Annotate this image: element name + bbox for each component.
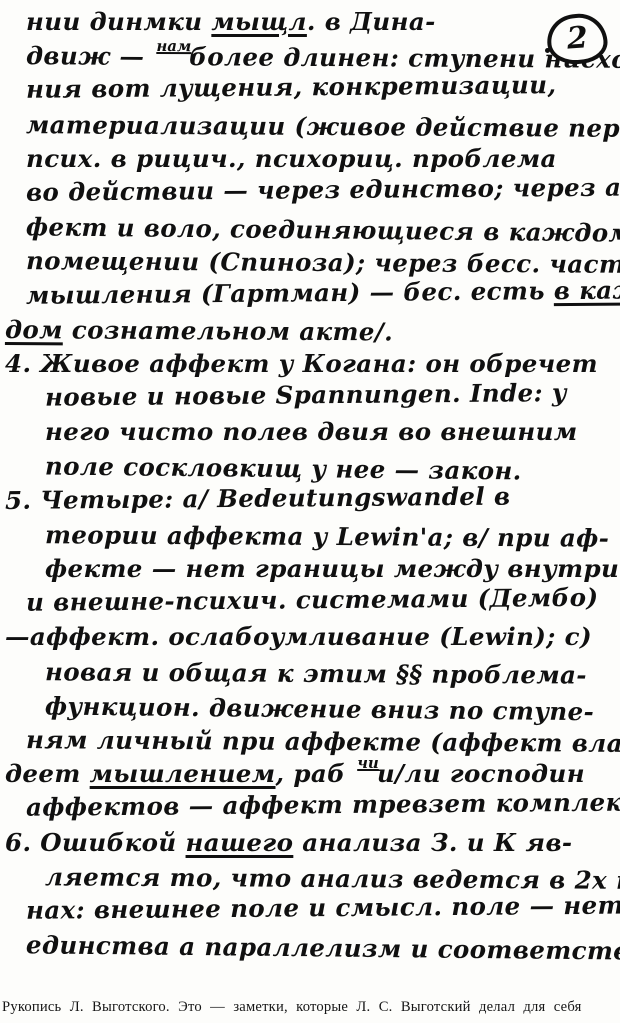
handwriting-text: движ — — [26, 41, 153, 71]
handwriting-text: деет — [5, 759, 90, 788]
handwriting-line: материализации (живое действие переход — [0, 108, 620, 146]
handwriting-line: аффектов — аффект тревзет комплекса?). — [0, 786, 620, 826]
handwriting-text: —аффект. ослабоумливание (Lewin); с) — [5, 622, 592, 651]
handwriting-text: новая и общая к этим §§ проблема- — [45, 657, 587, 689]
handwriting-text: 6. Ошибкой — [5, 828, 186, 857]
handwriting-text: нашего — [186, 828, 294, 857]
handwriting-text: мышления (Гартман) — бес. есть — [26, 276, 554, 310]
handwriting-line: новые и новые Spannungen. Inde: у — [0, 376, 620, 416]
handwriting-text: новые и новые Spannungen. Inde: у — [45, 378, 567, 412]
handwriting-text: во действии — через единство; через аф- — [26, 172, 620, 206]
handwriting-text: материализации (живое действие переход — [26, 110, 620, 143]
handwriting-text: анализа З. и К яв- — [293, 828, 572, 857]
handwriting-text: псих. в рицич., психориц. проблема — [26, 144, 557, 173]
handwriting-line: 5. Четыре: а/ Bedeutungswandel в — [0, 478, 620, 518]
caption: Рукопись Л. Выготского. Это — заметки, к… — [2, 999, 620, 1016]
handwriting-line: ния вот лущения, конкретизации, — [0, 68, 620, 108]
handwriting-text: , раб — [276, 759, 355, 788]
inserted-word: нам — [156, 29, 191, 63]
handwriting-line: нах: внешнее поле и смысл. поле — нет — [0, 888, 620, 928]
handwriting-text: фекте — нет границы между внутрипсихич. — [45, 554, 620, 583]
manuscript-body: нии динмки мыщл. в Дина-движ — намболее … — [0, 5, 620, 962]
handwriting-text: и внешне-психич. системами (Дембо) — [26, 583, 599, 617]
handwriting-text: ням личный при аффекте (аффект вла- — [26, 725, 620, 758]
handwriting-text: в каж- — [554, 275, 620, 305]
handwriting-text: . в Дина- — [307, 7, 436, 36]
handwriting-line: него чисто полев двия во внешним — [0, 415, 620, 449]
handwriting-text: сознательном акте/. — [63, 315, 393, 346]
handwriting-text: дом — [5, 315, 63, 344]
handwriting-text: нах: внешнее поле и смысл. поле — нет — [26, 890, 620, 924]
handwriting-line: —аффект. ослабоумливание (Lewin); с) — [0, 620, 620, 654]
handwriting-text: и/ли господин — [377, 759, 585, 788]
handwriting-line: во действии — через единство; через аф- — [0, 171, 620, 211]
handwriting-line: 6. Ошибкой нашего анализа З. и К яв- — [0, 826, 620, 860]
handwriting-text: мышлением — [90, 759, 276, 788]
handwriting-text: аффектов — аффект тревзет комплекса?). — [26, 787, 620, 822]
handwriting-line: ням личный при аффекте (аффект вла- — [0, 723, 620, 761]
handwriting-line: дом сознательном акте/. — [0, 313, 620, 351]
handwriting-line: и внешне-психич. системами (Дембо) — [0, 581, 620, 621]
handwriting-line: нии динмки мыщл. в Дина- — [0, 5, 620, 39]
handwriting-text: единства а параллелизм и соответствие. — [26, 930, 620, 966]
handwriting-text: 5. Четыре: а/ Bedeutungswandel в — [5, 481, 511, 514]
page-number: 2 — [566, 23, 589, 54]
manuscript-page-scan: нии динмки мыщл. в Дина-движ — намболее … — [0, 0, 620, 1023]
handwriting-line: теории аффекта у Lewin'а; в/ при аф- — [0, 518, 620, 556]
handwriting-line: единства а параллелизм и соответствие. — [0, 928, 620, 969]
handwriting-line: мышления (Гартман) — бес. есть в каж- — [0, 273, 620, 313]
inserted-word: чи — [357, 746, 379, 780]
handwriting-text: фект и воло, соединяющиеся в каждом — [26, 212, 620, 247]
handwriting-line: новая и общая к этим §§ проблема- — [0, 655, 620, 693]
handwriting-text: ния вот лущения, конкретизации, — [26, 71, 557, 105]
handwriting-text: функцион. движение вниз по ступе- — [45, 691, 594, 726]
handwriting-text: мыщл — [211, 7, 307, 36]
handwriting-text: него чисто полев двия во внешним — [45, 417, 578, 446]
handwriting-text: теории аффекта у Lewin'а; в/ при аф- — [45, 520, 609, 552]
handwriting-text: 4. Живое аффект у Когана: он обречет — [5, 349, 598, 378]
